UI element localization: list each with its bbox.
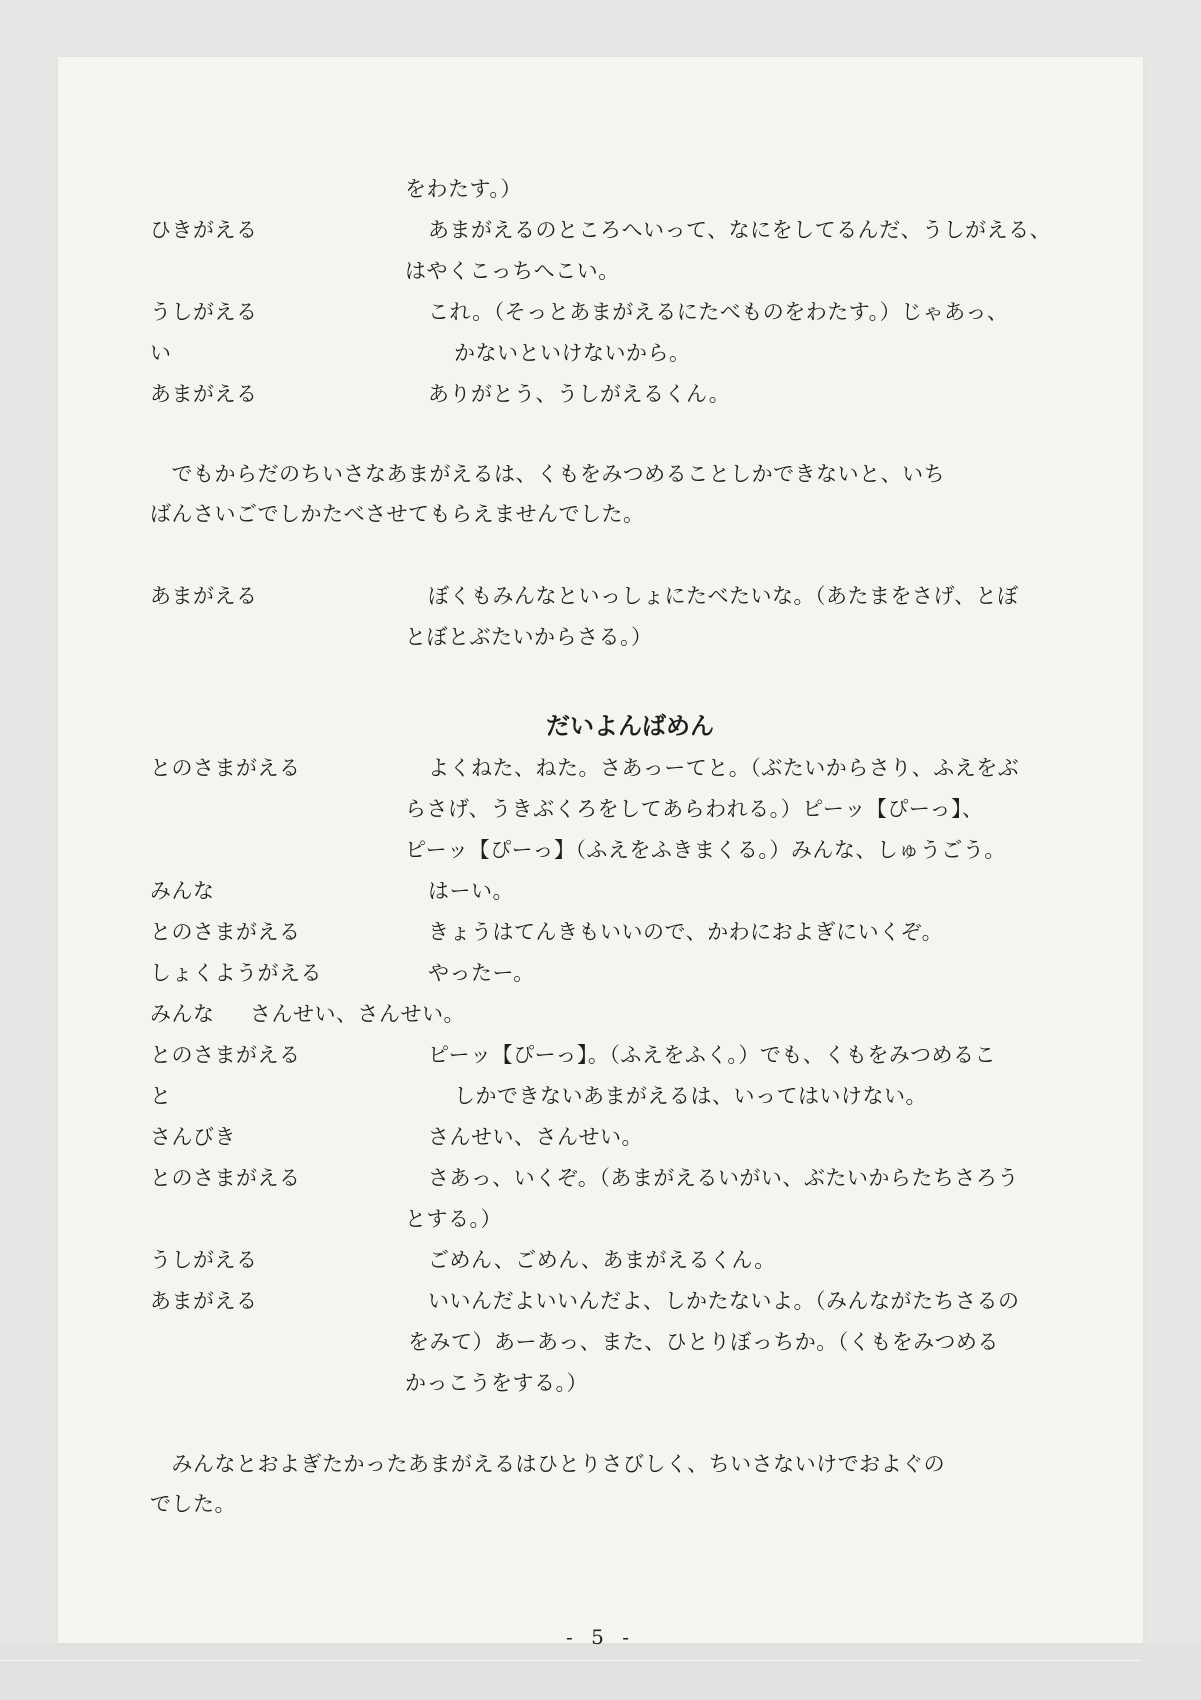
dialogue-line: かっこうをする。） [405, 1363, 588, 1403]
dialogue-line: あまがえるのところへいって、なにをしてるんだ、うしがえる、 [428, 210, 1051, 250]
speaker-name: とのさまがえる [150, 1035, 301, 1075]
speaker-name: と [150, 1076, 172, 1116]
speaker-name: みんな [150, 871, 215, 911]
narration-line: みんなとおよぎたかったあまがえるはひとりさびしく、ちいさないけでおよぐの [150, 1444, 945, 1484]
dialogue-line: きょうはてんきもいいので、かわにおよぎにいくぞ。 [428, 912, 943, 952]
speaker-name: うしがえる [150, 1240, 258, 1280]
dialogue-line: しかできないあまがえるは、いってはいけない。 [454, 1076, 927, 1116]
dialogue-line: よくねた、ねた。さあっーてと。（ぶたいからさり、ふえをぶ [428, 748, 1019, 788]
background-highlight-line [0, 1660, 1140, 1661]
dialogue-line: らさげ、うきぶくろをしてあらわれる。）ピーッ【ぴーっ】、 [405, 789, 983, 829]
dialogue-line: やったー。 [428, 953, 535, 993]
speaker-name: ひきがえる [150, 210, 258, 250]
dialogue-line: これ。（そっとあまがえるにたべものをわたす。）じゃあっ、 [428, 292, 1008, 332]
page-number: - 5 - [0, 1625, 1201, 1649]
speaker-name: あまがえる [150, 1281, 258, 1321]
speaker-name: とのさまがえる [150, 748, 301, 788]
dialogue-line: をみて）あーあっ、また、ひとりぼっちか。（くもをみつめる [408, 1322, 999, 1362]
speaker-name: うしがえる [150, 292, 258, 332]
dialogue-line: とぼとぶたいからさる。） [405, 617, 653, 657]
speaker-name: あまがえる [150, 576, 258, 616]
narration-line: ばんさいごでしかたべさせてもらえませんでした。 [150, 494, 645, 534]
dialogue-line: さあっ、いくぞ。（あまがえるいがい、ぶたいからたちさろう [428, 1158, 1019, 1198]
dialogue-line: さんせい、さんせい。 [250, 994, 465, 1034]
background-shadow-band [0, 1643, 1201, 1700]
dialogue-line: とする。） [405, 1199, 502, 1239]
document-page: をわたす。）ひきがえるあまがえるのところへいって、なにをしてるんだ、うしがえる、… [58, 57, 1143, 1643]
dialogue-line: さんせい、さんせい。 [428, 1117, 643, 1157]
speaker-name: とのさまがえる [150, 912, 301, 952]
dialogue-line: ぼくもみんなといっしょにたべたいな。（あたまをさげ、とぼ [428, 576, 1019, 616]
dialogue-line: はーい。 [428, 871, 514, 911]
narration-line: でした。 [150, 1484, 236, 1524]
speaker-name: みんな [150, 994, 215, 1034]
speaker-name: とのさまがえる [150, 1158, 301, 1198]
speaker-name: あまがえる [150, 374, 258, 414]
dialogue-line: ごめん、ごめん、あまがえるくん。 [428, 1240, 776, 1280]
section-heading: だいよんばめん [150, 706, 1110, 746]
dialogue-line: をわたす。） [405, 169, 522, 209]
dialogue-line: いいんだよいいんだよ、しかたないよ。（みんながたちさるの [428, 1281, 1020, 1321]
dialogue-line: ありがとう、うしがえるくん。 [428, 374, 730, 414]
speaker-name: さんびき [150, 1117, 236, 1157]
dialogue-line: かないといけないから。 [454, 333, 691, 373]
speaker-name: い [150, 333, 172, 373]
dialogue-line: ピーッ【ぴーっ】。（ふえをふく。）でも、くもをみつめるこ [428, 1035, 996, 1075]
narration-line: でもからだのちいさなあまがえるは、くもをみつめることしかできないと、いち [150, 454, 945, 494]
speaker-name: しょくようがえる [150, 953, 322, 993]
dialogue-line: ピーッ【ぴーっ】（ふえをふきまくる。）みんな、しゅうごう。 [405, 830, 1006, 870]
dialogue-line: はやくこっちへこい。 [405, 251, 620, 291]
